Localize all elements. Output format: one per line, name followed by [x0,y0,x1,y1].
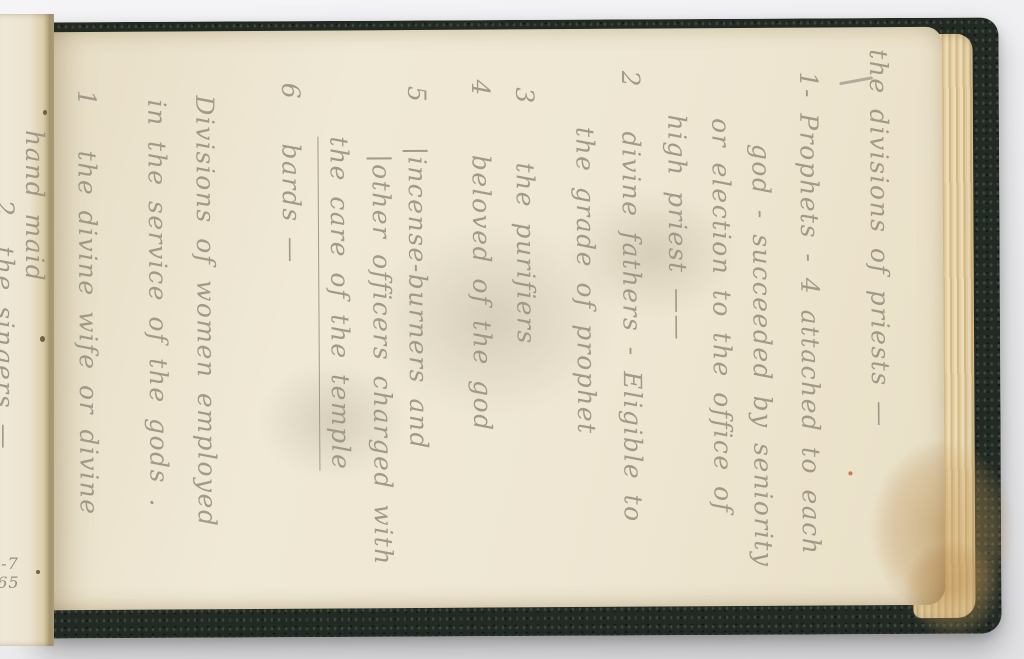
photo-background: { "colors": { "background": "#efeff1", "… [0,0,1024,659]
handwritten-line: 2 the singers — [0,200,19,450]
handwritten-line: 4 beloved of the god [466,80,497,432]
handwritten-line: hand maid [20,130,49,282]
handwritten-line: 3 the purifiers [510,87,541,345]
hole-mark [43,110,47,115]
catalog-number: 6-7 (65 [0,554,54,592]
handwritten-line: the divisions of priests — [864,49,895,428]
handwritten-line: 2 divine fathers - Eligible to [616,71,648,523]
handwritten-line: or election to the office of [706,118,737,513]
handwritten-line: 1 the divine wife or divine [72,90,104,516]
handwritten-line: |other officers charged with [367,154,399,566]
left-page-sliver: hand maid2 the singers — 6-7 (65 [0,14,54,646]
handwritten-line: god - succeeded by seniority [746,144,778,568]
handwritten-line: 1- Prophets - 4 attached to each [794,71,826,555]
handwritten-line: 6 bards — [276,83,306,264]
handwritten-line: the care of the temple [324,136,355,470]
handwritten-line: in the service of the gods . [142,99,173,507]
handwritten-line: the grade of prophet [570,127,601,435]
handwritten-line: 5 |incense-burners and [402,86,433,450]
right-page: the divisions of priests —1- Prophets - … [46,27,946,610]
handwritten-line: high priest —— [662,114,692,341]
handwritten-line: Divisions of women employed [190,95,222,527]
hole-mark [40,336,45,342]
dot-mark [848,471,852,475]
